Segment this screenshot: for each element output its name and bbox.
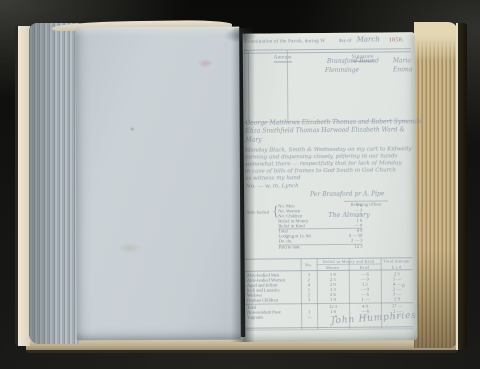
table-col-no: No.	[301, 262, 317, 267]
book-gutter-shadow	[231, 28, 255, 342]
header-rule	[243, 48, 411, 50]
account-row-label: Relief in Kind	[278, 224, 334, 229]
left-cover-edge	[15, 26, 30, 346]
entry-note-1: Maria	[393, 57, 411, 64]
table-bottom-rule	[245, 328, 413, 330]
names-line-2: Eliza Smithfield Thomas Harwood Elizabet…	[245, 126, 404, 134]
account-row-value: 12 3	[335, 245, 363, 250]
header-rule	[243, 51, 411, 53]
row-no: 3	[301, 298, 317, 303]
account-row: Relief in Kind — 9	[278, 223, 362, 229]
right-page-ledger: Examination of the Parish, during W day …	[243, 32, 418, 341]
form-header-printed: Examination of the Parish, during W	[245, 39, 326, 45]
left-page-blank	[75, 27, 241, 341]
right-fore-edge-pages	[414, 22, 458, 348]
paper-stain	[197, 59, 213, 68]
entry-name-1: Bransford Round	[327, 58, 379, 65]
row-money: 1 9	[317, 297, 349, 302]
column-header-left: Amount	[261, 55, 305, 60]
account-table: No. Men 7 6 No. Women — 3 No. Children 2…	[278, 204, 362, 251]
red-ink-mark: 6	[402, 284, 405, 289]
row-total: 2 9	[381, 297, 413, 302]
column-header-left-label: Amount	[274, 55, 292, 62]
form-header-dayof: day of	[339, 39, 352, 44]
right-cover-edge	[456, 23, 467, 350]
header-year-number: 1858.	[389, 37, 405, 43]
book-gutter-top-curl	[224, 28, 258, 43]
ledger-photo: Examination of the Parish, during W day …	[0, 0, 480, 369]
account-row: Paid to date 12 3	[279, 244, 363, 251]
entry-name-2: Flemminge	[325, 67, 359, 74]
header-month-handwritten: March	[357, 36, 380, 44]
left-page-stack-edges	[29, 23, 79, 344]
entry-note-2: Emma	[393, 66, 412, 73]
body-line-4: in case of bills of frames to God South …	[245, 167, 396, 174]
table-col-total: Total Amount	[381, 258, 413, 263]
row-kind: 1 —	[349, 297, 381, 302]
account-row: Do. do. 2 — 3	[278, 239, 362, 245]
paper-stain	[116, 242, 142, 254]
account-row-label: Do. do.	[278, 239, 334, 244]
account-row-label: Paid to date	[279, 245, 335, 250]
row-no: —	[301, 314, 317, 319]
paper-stain	[130, 127, 135, 131]
per-line: Per Bransford pr A. Pipe	[310, 191, 385, 199]
